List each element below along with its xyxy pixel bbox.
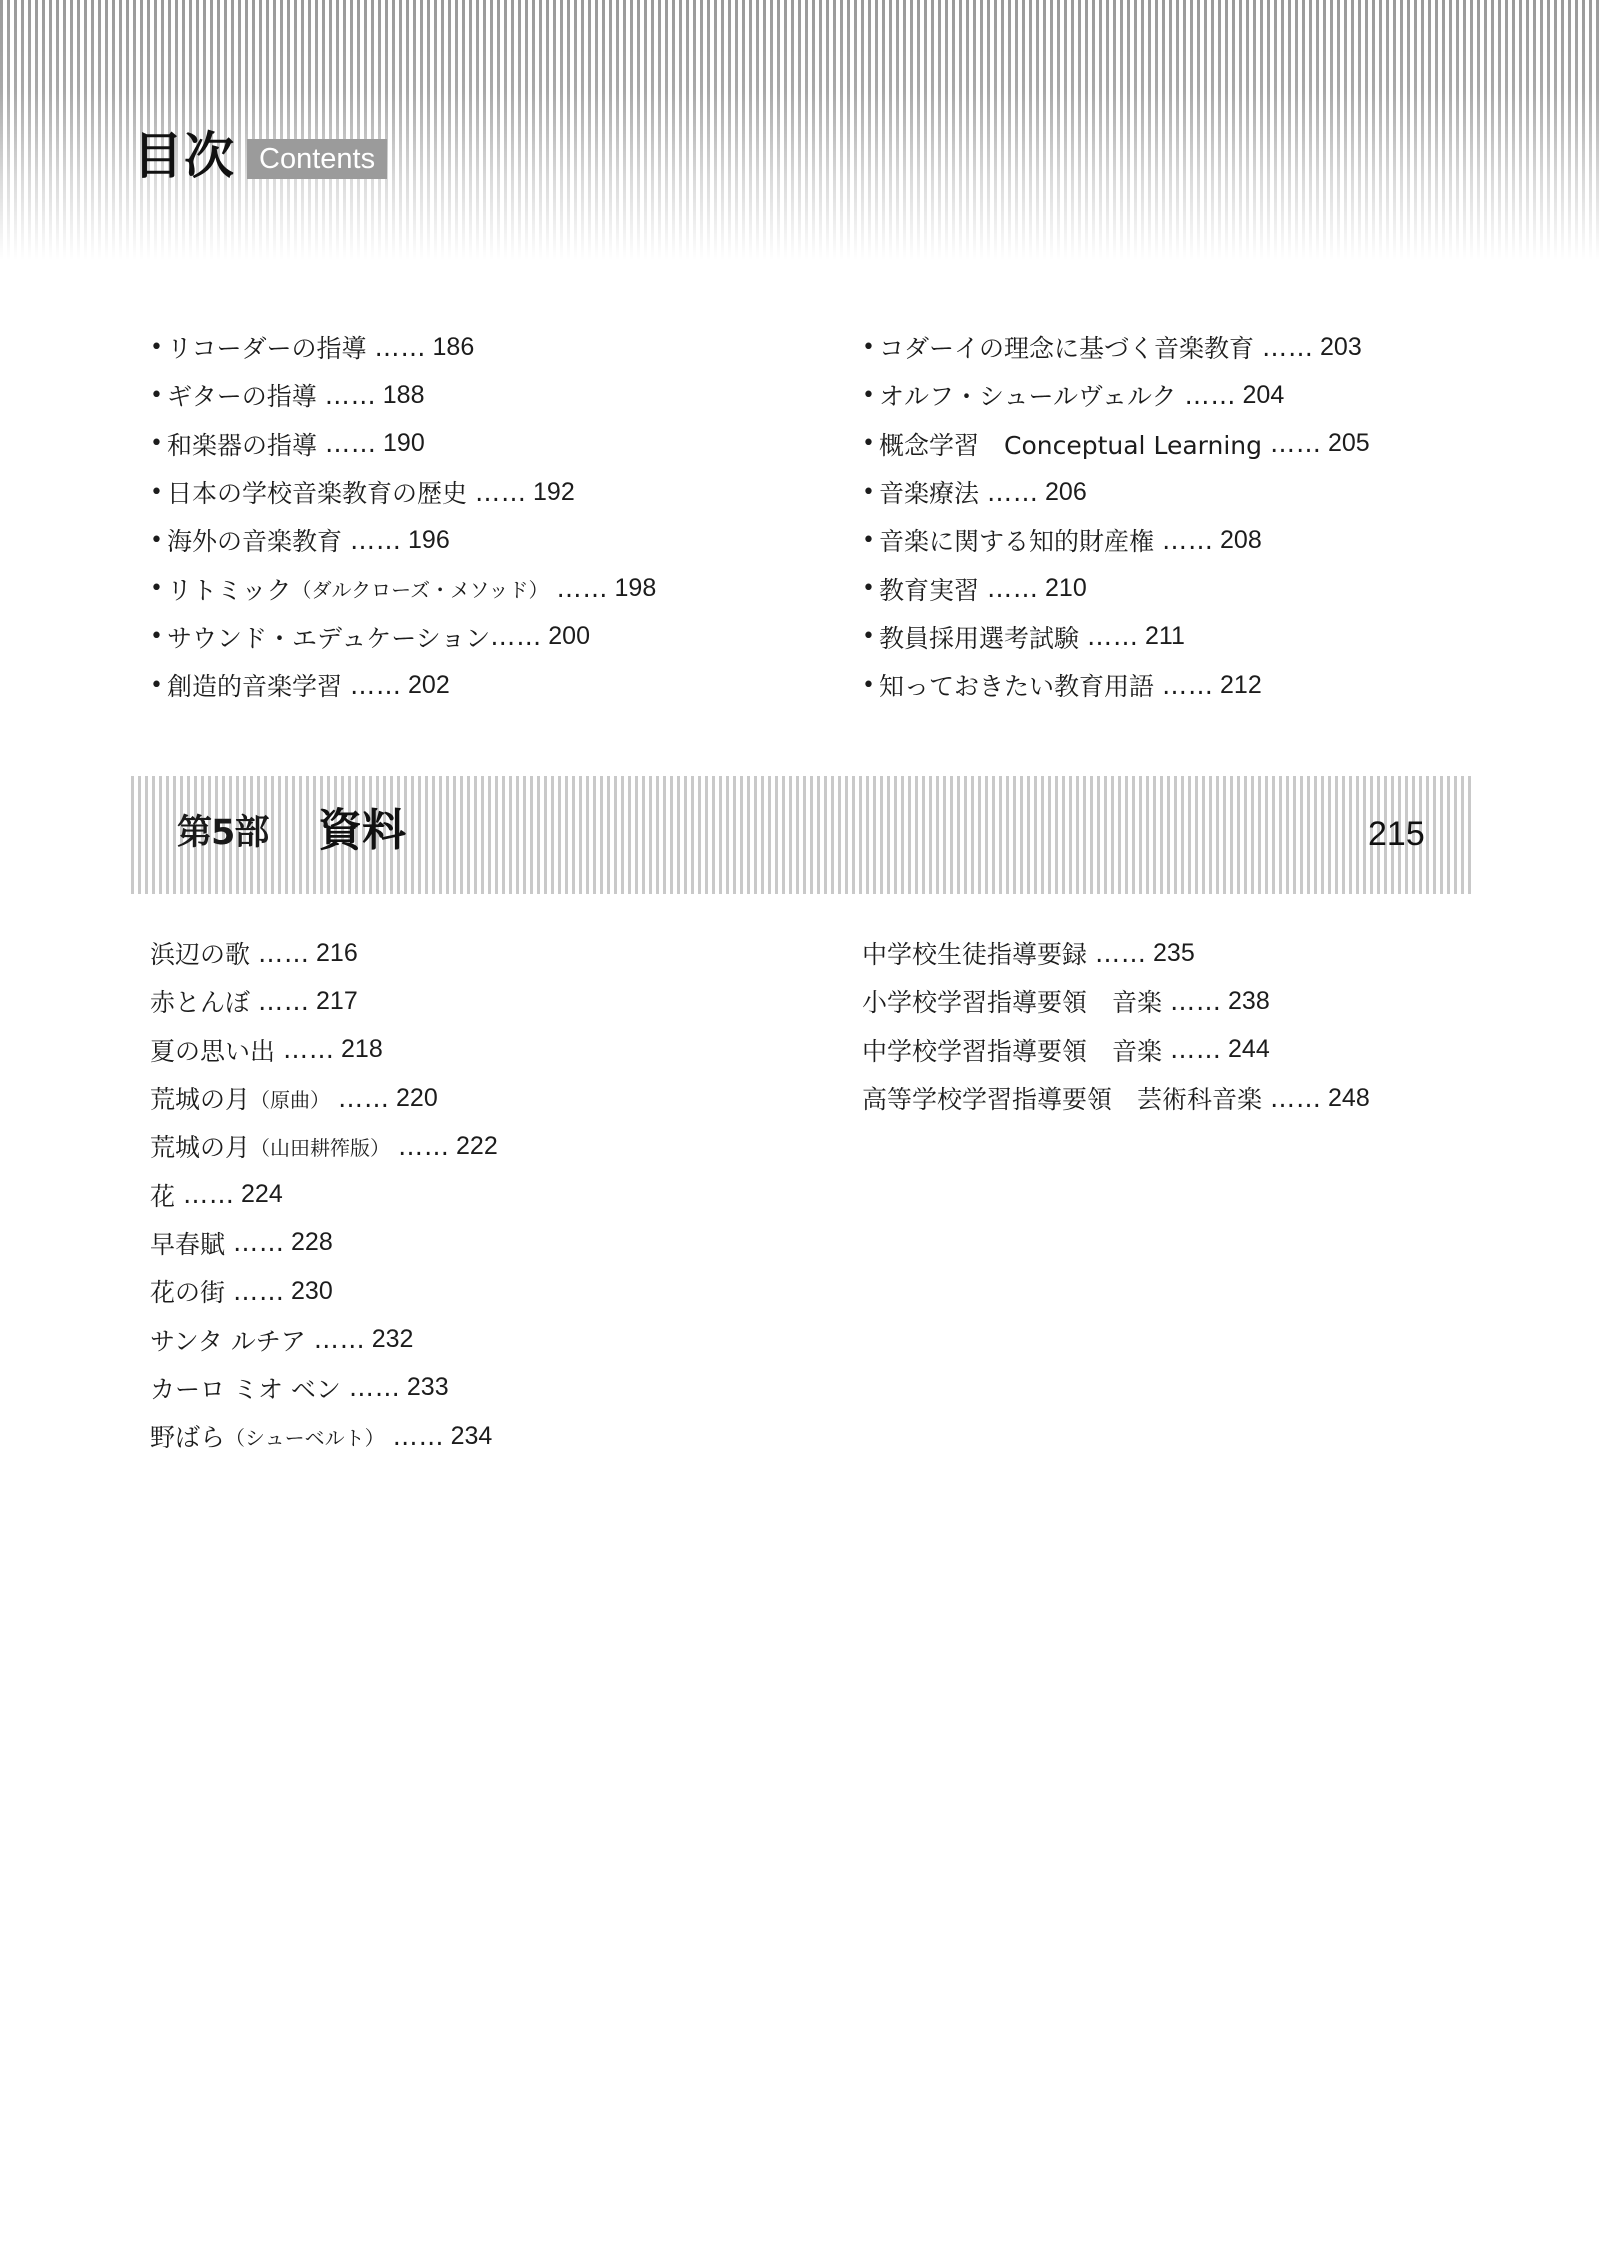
dot-leader: …… <box>258 987 310 1016</box>
dot-leader: …… <box>987 478 1039 507</box>
page-number: 218 <box>341 1035 383 1064</box>
entry-title: 花 <box>150 1177 175 1213</box>
toc-entry[interactable]: •音楽療法……206 <box>862 468 1370 516</box>
toc-entry[interactable]: •ギターの指導……188 <box>150 371 656 419</box>
toc-entry[interactable]: サンタ ルチア……232 <box>150 1315 498 1363</box>
toc-entry[interactable]: •概念学習 Conceptual Learning……205 <box>862 420 1370 468</box>
entry-title: 小学校学習指導要領 音楽 <box>862 983 1162 1019</box>
dot-leader: …… <box>1095 939 1147 968</box>
dot-leader: …… <box>338 1084 390 1113</box>
entry-title: 音楽療法 <box>879 474 979 510</box>
page-number: 244 <box>1228 1035 1270 1064</box>
dot-leader: …… <box>350 671 402 700</box>
entry-title: 赤とんぼ <box>150 983 250 1019</box>
page-number: 235 <box>1153 939 1195 968</box>
title-english-label: Contents <box>247 139 387 179</box>
dot-leader: …… <box>1170 1035 1222 1064</box>
toc-section5-left: 浜辺の歌……216 赤とんぼ……217 夏の思い出……218 荒城の月（原曲）…… <box>150 929 498 1460</box>
bullet-icon: • <box>150 576 167 601</box>
toc-section4-right: •コダーイの理念に基づく音楽教育……203 •オルフ・シュールヴェルク……204… <box>862 323 1370 709</box>
page-number: 233 <box>407 1373 449 1402</box>
entry-title: サンタ ルチア <box>150 1322 306 1358</box>
page-number: 210 <box>1045 574 1087 603</box>
toc-entry[interactable]: カーロ ミオ ベン……233 <box>150 1364 498 1412</box>
dot-leader: …… <box>325 381 377 410</box>
bullet-icon: • <box>862 431 879 456</box>
page-number: 203 <box>1320 333 1362 362</box>
entry-title: リトミック <box>167 571 292 607</box>
page-number: 212 <box>1220 671 1262 700</box>
entry-title: 野ばら <box>150 1418 225 1454</box>
entry-title: 概念学習 Conceptual Learning <box>879 426 1262 462</box>
dot-leader: …… <box>1162 671 1214 700</box>
bullet-icon: • <box>862 335 879 360</box>
bullet-icon: • <box>862 576 879 601</box>
toc-entry[interactable]: •日本の学校音楽教育の歴史……192 <box>150 468 656 516</box>
page-number: 248 <box>1328 1084 1370 1113</box>
page-number: 204 <box>1243 381 1285 410</box>
entry-title: 教員採用選考試験 <box>879 619 1079 655</box>
dot-leader: …… <box>314 1325 366 1354</box>
bullet-icon: • <box>862 624 879 649</box>
page-title: 目次 Contents <box>133 126 387 186</box>
dot-leader: …… <box>375 333 427 362</box>
page-number: 206 <box>1045 478 1087 507</box>
page-number: 220 <box>396 1084 438 1113</box>
dot-leader: …… <box>1270 429 1322 458</box>
page-number: 228 <box>291 1228 333 1257</box>
dot-leader: …… <box>1262 333 1314 362</box>
toc-entry[interactable]: •和楽器の指導……190 <box>150 420 656 468</box>
entry-title: 中学校学習指導要領 音楽 <box>862 1032 1162 1068</box>
page-number: 238 <box>1228 987 1270 1016</box>
entry-title: 中学校生徒指導要録 <box>862 935 1087 971</box>
page-number: 196 <box>408 526 450 555</box>
dot-leader: …… <box>349 1373 401 1402</box>
entry-title: オルフ・シュールヴェルク <box>879 377 1177 413</box>
entry-subtitle: （山田耕筰版） <box>250 1132 390 1161</box>
toc-entry[interactable]: •リコーダーの指導……186 <box>150 323 656 371</box>
bullet-icon: • <box>862 673 879 698</box>
dot-leader: …… <box>183 1180 235 1209</box>
dot-leader: …… <box>557 574 609 603</box>
bullet-icon: • <box>150 673 167 698</box>
dot-leader: …… <box>283 1035 335 1064</box>
page-number: 217 <box>316 987 358 1016</box>
bullet-icon: • <box>862 480 879 505</box>
bullet-icon: • <box>862 383 879 408</box>
dot-leader: …… <box>1087 622 1139 651</box>
page-number: 224 <box>241 1180 283 1209</box>
entry-title: ギターの指導 <box>167 377 317 413</box>
toc-entry[interactable]: 中学校学習指導要領 音楽……244 <box>862 1026 1370 1074</box>
toc-entry[interactable]: •海外の音楽教育……196 <box>150 516 656 564</box>
page-number: 202 <box>408 671 450 700</box>
dot-leader: …… <box>393 1422 445 1451</box>
part5-title: 資料 <box>318 804 406 858</box>
page-number: 205 <box>1328 429 1370 458</box>
entry-title: 浜辺の歌 <box>150 935 250 971</box>
dot-leader: …… <box>1162 526 1214 555</box>
dot-leader: …… <box>233 1277 285 1306</box>
entry-title: 知っておきたい教育用語 <box>879 667 1154 703</box>
page-number: 216 <box>316 939 358 968</box>
dot-leader: …… <box>475 478 527 507</box>
title-japanese: 目次 <box>133 126 235 186</box>
entry-title: 夏の思い出 <box>150 1032 275 1068</box>
toc-entry[interactable]: 野ばら（シューベルト）……234 <box>150 1412 498 1460</box>
dot-leader: …… <box>233 1228 285 1257</box>
entry-title: 高等学校学習指導要領 芸術科音楽 <box>862 1080 1262 1116</box>
toc-entry[interactable]: •音楽に関する知的財産権……208 <box>862 516 1370 564</box>
page-number: 188 <box>383 381 425 410</box>
entry-title: 早春賦 <box>150 1225 225 1261</box>
page-number: 234 <box>451 1422 493 1451</box>
entry-subtitle: （シューベルト） <box>225 1422 385 1451</box>
page-number: 186 <box>433 333 475 362</box>
entry-title: 海外の音楽教育 <box>167 522 342 558</box>
entry-title: コダーイの理念に基づく音楽教育 <box>879 329 1254 365</box>
page-number: 211 <box>1145 622 1185 651</box>
bullet-icon: • <box>150 335 167 360</box>
bullet-icon: • <box>150 383 167 408</box>
toc-section4-left: •リコーダーの指導……186 •ギターの指導……188 •和楽器の指導……190… <box>150 323 656 709</box>
toc-entry[interactable]: 小学校学習指導要領 音楽……238 <box>862 977 1370 1025</box>
dot-leader: …… <box>490 622 542 651</box>
toc-entry[interactable]: 花の街……230 <box>150 1267 498 1315</box>
entry-title: 音楽に関する知的財産権 <box>879 522 1154 558</box>
page-number: 230 <box>291 1277 333 1306</box>
page-number: 190 <box>383 429 425 458</box>
toc-entry[interactable]: 早春賦……228 <box>150 1219 498 1267</box>
entry-title: 荒城の月 <box>150 1128 250 1164</box>
toc-entry[interactable]: •コダーイの理念に基づく音楽教育……203 <box>862 323 1370 371</box>
dot-leader: …… <box>1185 381 1237 410</box>
toc-entry[interactable]: 夏の思い出……218 <box>150 1026 498 1074</box>
toc-entry[interactable]: •知っておきたい教育用語……212 <box>862 661 1370 709</box>
entry-title: 和楽器の指導 <box>167 426 317 462</box>
toc-entry[interactable]: •創造的音楽学習……202 <box>150 661 656 709</box>
toc-entry[interactable]: 浜辺の歌……216 <box>150 929 498 977</box>
dot-leader: …… <box>1170 987 1222 1016</box>
entry-title: カーロ ミオ ベン <box>150 1370 341 1406</box>
toc-section5-right: 中学校生徒指導要録……235 小学校学習指導要領 音楽……238 中学校学習指導… <box>862 929 1370 1122</box>
dot-leader: …… <box>987 574 1039 603</box>
part5-page-number: 215 <box>1368 812 1425 856</box>
dot-leader: …… <box>325 429 377 458</box>
bullet-icon: • <box>862 528 879 553</box>
toc-entry[interactable]: •教育実習……210 <box>862 564 1370 612</box>
entry-subtitle: （ダルクローズ・メソッド） <box>292 574 549 603</box>
toc-entry[interactable]: •オルフ・シュールヴェルク……204 <box>862 371 1370 419</box>
page-number: 232 <box>372 1325 414 1354</box>
entry-title: 創造的音楽学習 <box>167 667 342 703</box>
bullet-icon: • <box>150 528 167 553</box>
toc-entry[interactable]: 荒城の月（山田耕筰版）……222 <box>150 1122 498 1170</box>
page-number: 192 <box>533 478 575 507</box>
toc-entry[interactable]: 赤とんぼ……217 <box>150 977 498 1025</box>
bullet-icon: • <box>150 480 167 505</box>
bullet-icon: • <box>150 431 167 456</box>
dot-leader: …… <box>258 939 310 968</box>
page-number: 200 <box>548 622 590 651</box>
page-number: 198 <box>615 574 657 603</box>
entry-subtitle: （原曲） <box>250 1084 330 1113</box>
entry-title: 日本の学校音楽教育の歴史 <box>167 474 467 510</box>
toc-entry[interactable]: 花……224 <box>150 1170 498 1218</box>
entry-title: サウンド・エデュケーション <box>167 619 490 655</box>
dot-leader: …… <box>398 1132 450 1161</box>
toc-entry[interactable]: 中学校生徒指導要録……235 <box>862 929 1370 977</box>
toc-entry[interactable]: •教員採用選考試験……211 <box>862 613 1370 661</box>
page-number: 208 <box>1220 526 1262 555</box>
page-number: 222 <box>456 1132 498 1161</box>
part5-label: 第5部 <box>177 808 268 858</box>
entry-title: 荒城の月 <box>150 1080 250 1116</box>
dot-leader: …… <box>1270 1084 1322 1113</box>
toc-entry[interactable]: •サウンド・エデュケーション……200 <box>150 613 656 661</box>
entry-title: 花の街 <box>150 1273 225 1309</box>
entry-title: リコーダーの指導 <box>167 329 367 365</box>
toc-entry[interactable]: •リトミック（ダルクローズ・メソッド）……198 <box>150 564 656 612</box>
toc-entry[interactable]: 高等学校学習指導要領 芸術科音楽……248 <box>862 1074 1370 1122</box>
dot-leader: …… <box>350 526 402 555</box>
bullet-icon: • <box>150 624 167 649</box>
toc-entry[interactable]: 荒城の月（原曲）……220 <box>150 1074 498 1122</box>
entry-title: 教育実習 <box>879 571 979 607</box>
